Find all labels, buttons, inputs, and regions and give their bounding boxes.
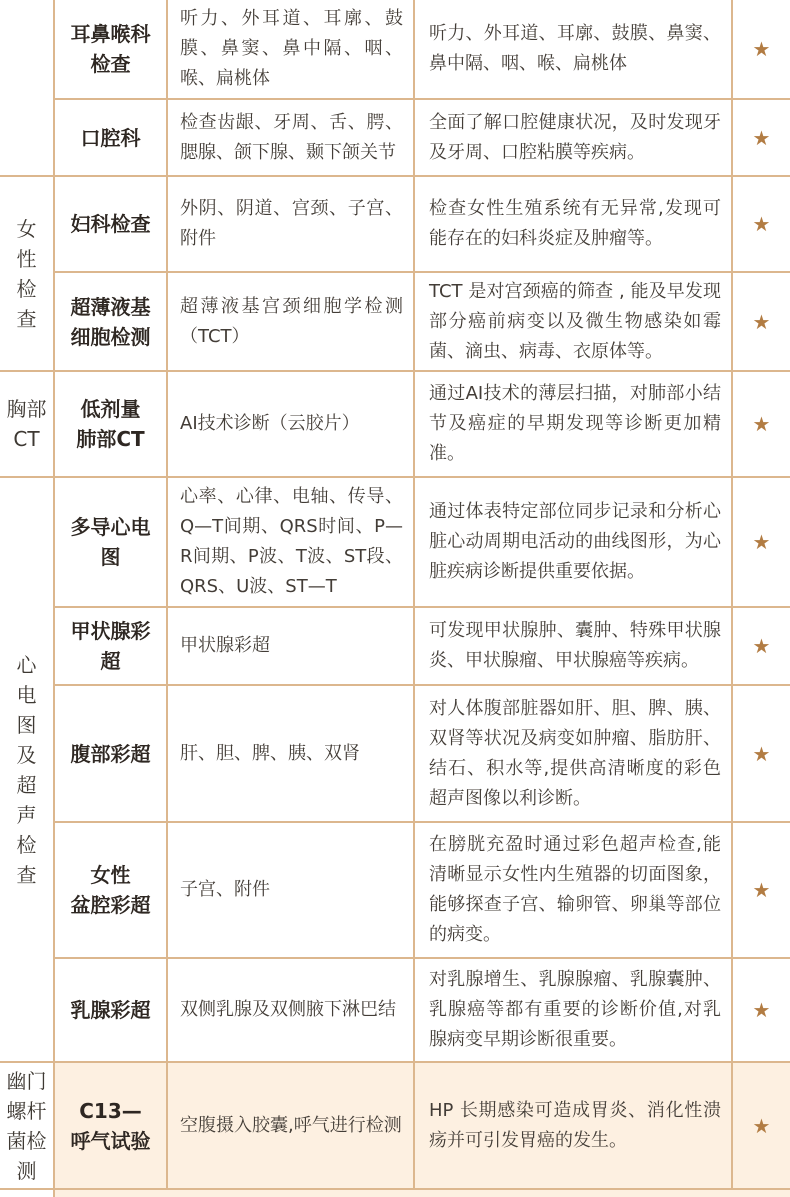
star-icon: ★ — [733, 608, 790, 686]
significance-cell: 检查女性生殖系统有无异常,发现可能存在的妇科炎症及肿瘤等。 — [415, 177, 733, 273]
significance-cell: 通过AI技术的薄层扫描，对肺部小结节及癌症的早期发现等诊断更加精准。 — [415, 372, 733, 478]
item-name-cell: 腹部彩超 — [55, 686, 168, 823]
star-icon: ★ — [733, 100, 790, 177]
next-row-cutoff — [55, 1190, 790, 1197]
item-name-cell: 低剂量 肺部CT — [55, 372, 168, 478]
exam-content-cell: 空腹摄入胶囊,呼气进行检测 — [168, 1063, 415, 1190]
category-cell-female-exam: 女 性 检 查 — [0, 177, 55, 372]
category-cell-ecg-ultrasound: 心 电 图 及 超 声 检 查 — [0, 478, 55, 1063]
exam-content-cell: 外阴、阴道、宫颈、子宫、附件 — [168, 177, 415, 273]
item-name-cell: 妇科检查 — [55, 177, 168, 273]
star-icon: ★ — [733, 823, 790, 959]
significance-cell: 可发现甲状腺肿、囊肿、特殊甲状腺炎、甲状腺瘤、甲状腺癌等疾病。 — [415, 608, 733, 686]
star-icon: ★ — [733, 959, 790, 1063]
item-name-cell: 女性 盆腔彩超 — [55, 823, 168, 959]
significance-cell: 通过体表特定部位同步记录和分析心脏心动周期电活动的曲线图形，为心脏疾病诊断提供重… — [415, 478, 733, 608]
category-cell-chest-ct: 胸部 CT — [0, 372, 55, 478]
exam-content-cell: 检查齿龈、牙周、舌、腭、腮腺、颌下腺、颞下颌关节 — [168, 100, 415, 177]
star-icon: ★ — [733, 478, 790, 608]
significance-cell: 在膀胱充盈时通过彩色超声检查,能清晰显示女性内生殖器的切面图象，能够探查子宫、输… — [415, 823, 733, 959]
item-name-cell: 多导心电图 — [55, 478, 168, 608]
star-icon: ★ — [733, 1063, 790, 1190]
significance-cell: 听力、外耳道、耳廓、鼓膜、鼻窦、鼻中隔、咽、喉、扁桃体 — [415, 0, 733, 100]
category-cell-helicobacter: 幽门 螺杆 菌检 测 — [0, 1063, 55, 1190]
star-icon: ★ — [733, 686, 790, 823]
exam-content-cell: 子宫、附件 — [168, 823, 415, 959]
item-name-cell: 超薄液基 细胞检测 — [55, 273, 168, 372]
significance-cell: TCT 是对宫颈癌的筛查 , 能及早发现部分癌前病变以及微生物感染如霉菌、滴虫、… — [415, 273, 733, 372]
exam-content-cell: 听力、外耳道、耳廓、鼓膜、鼻窦、鼻中隔、咽、喉、扁桃体 — [168, 0, 415, 100]
exam-content-cell: 双侧乳腺及双侧腋下淋巴结 — [168, 959, 415, 1063]
category-cell-empty — [0, 0, 55, 177]
item-name-cell: 甲状腺彩超 — [55, 608, 168, 686]
item-name-cell: 乳腺彩超 — [55, 959, 168, 1063]
exam-content-cell: 肝、胆、脾、胰、双肾 — [168, 686, 415, 823]
exam-content-cell: 超薄液基宫颈细胞学检测（TCT） — [168, 273, 415, 372]
star-icon: ★ — [733, 177, 790, 273]
exam-content-cell: AI技术诊断（云胶片） — [168, 372, 415, 478]
star-icon: ★ — [733, 372, 790, 478]
star-icon: ★ — [733, 0, 790, 100]
category-cell-cutoff — [0, 1190, 55, 1197]
significance-cell: 对人体腹部脏器如肝、胆、脾、胰、双肾等状况及病变如肿瘤、脂肪肝、结石、积水等,提… — [415, 686, 733, 823]
exam-content-cell: 甲状腺彩超 — [168, 608, 415, 686]
star-icon: ★ — [733, 273, 790, 372]
item-name-cell: 耳鼻喉科 检查 — [55, 0, 168, 100]
significance-cell: 对乳腺增生、乳腺腺瘤、乳腺囊肿、乳腺癌等都有重要的诊断价值,对乳腺病变早期诊断很… — [415, 959, 733, 1063]
significance-cell: 全面了解口腔健康状况，及时发现牙及牙周、口腔粘膜等疾病。 — [415, 100, 733, 177]
item-name-cell: C13— 呼气试验 — [55, 1063, 168, 1190]
item-name-cell: 口腔科 — [55, 100, 168, 177]
exam-content-cell: 心率、心律、电轴、传导、Q—T间期、QRS时间、P—R间期、P波、T波、ST段、… — [168, 478, 415, 608]
checkup-items-table: 女 性 检 查 胸部 CT 心 电 图 及 超 声 检 查 幽门 螺杆 菌检 测… — [0, 0, 790, 1197]
significance-cell: HP 长期感染可造成胃炎、消化性溃疡并可引发胃癌的发生。 — [415, 1063, 733, 1190]
medical-checkup-table-page: 女 性 检 查 胸部 CT 心 电 图 及 超 声 检 查 幽门 螺杆 菌检 测… — [0, 0, 790, 1197]
